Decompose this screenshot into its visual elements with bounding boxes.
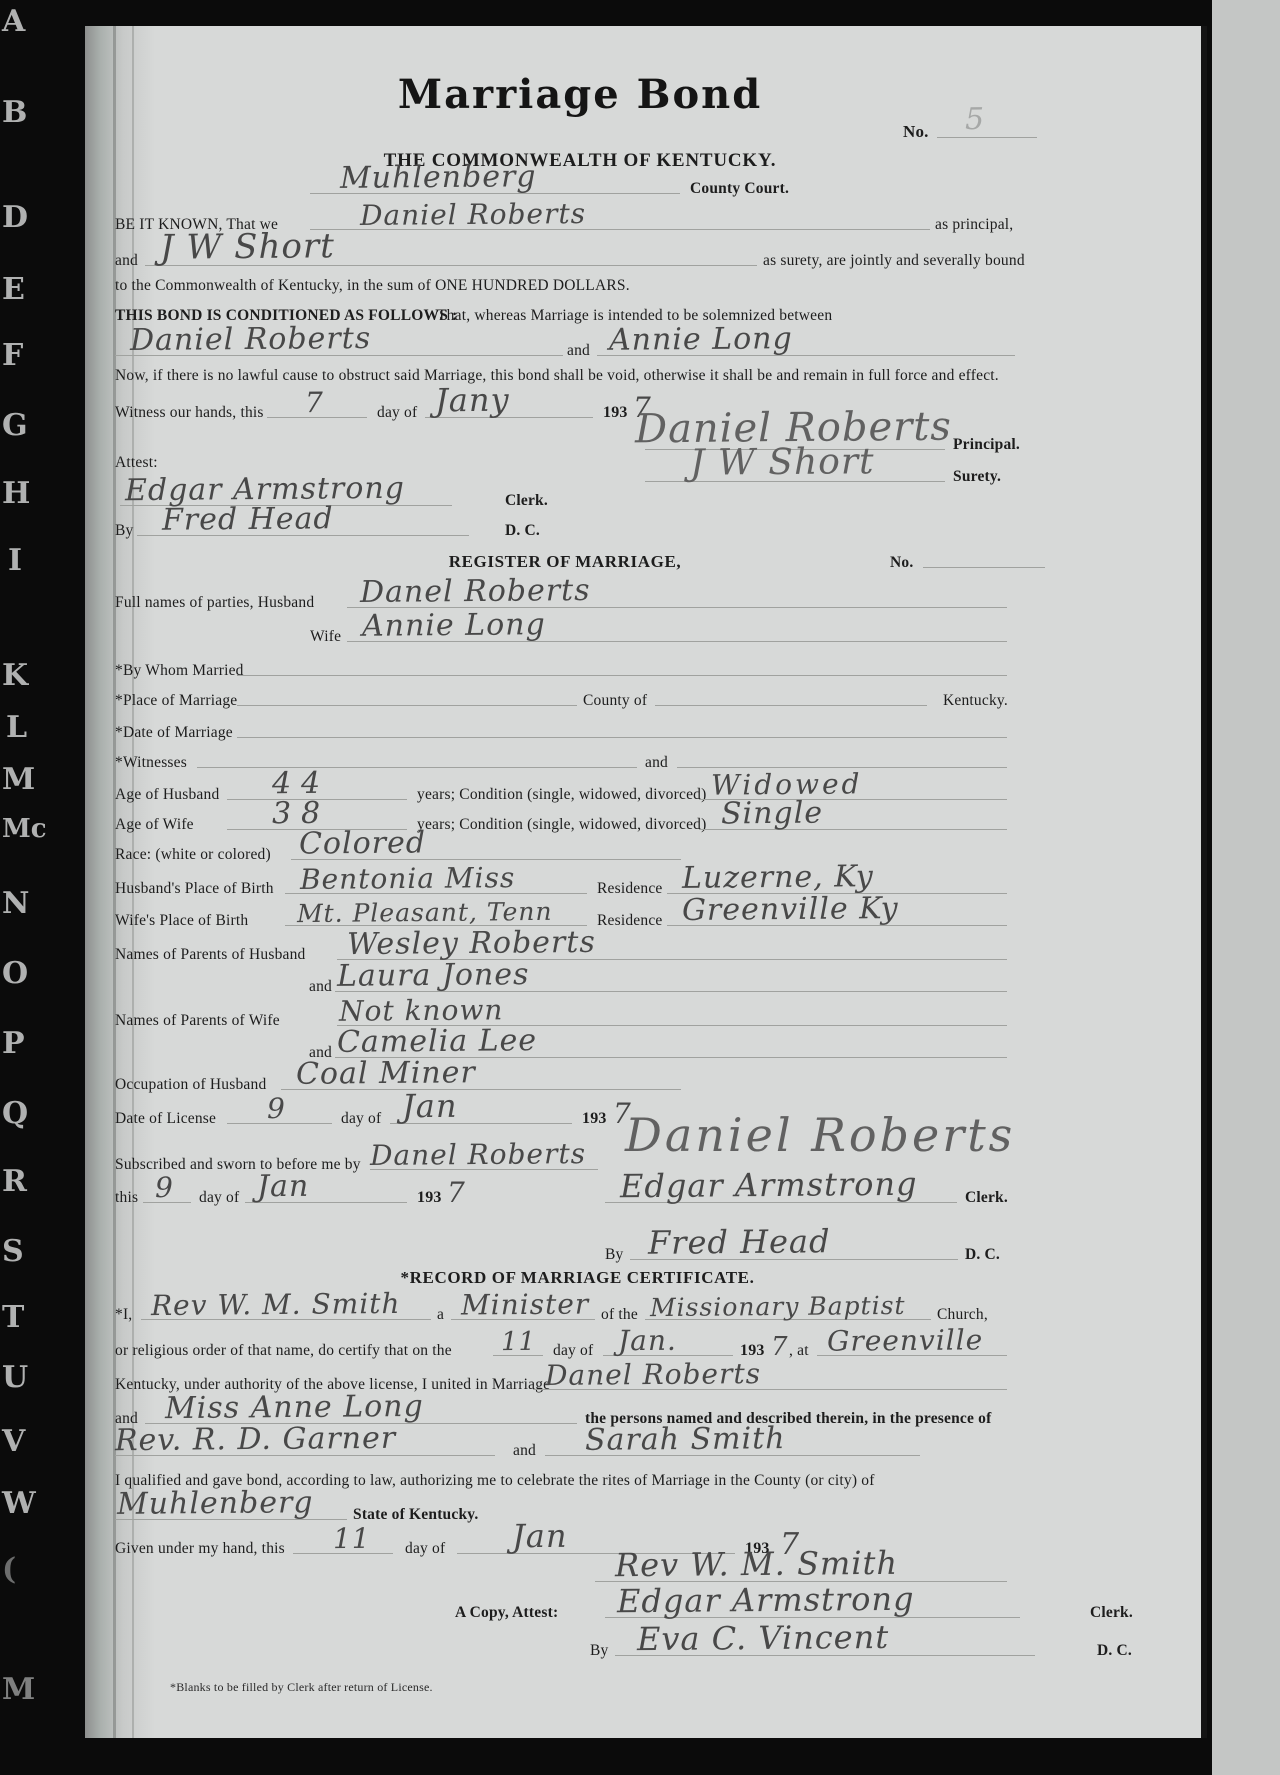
index-tab-letter: V (2, 1424, 25, 1459)
license-label: Date of License (115, 1110, 216, 1128)
license-day-handwriting: 9 (267, 1092, 286, 1125)
index-tab-letter: F (2, 338, 23, 373)
void-row: Now, if there is no lawful cause to obst… (85, 349, 1201, 389)
witness-month-line: Jany (425, 389, 593, 418)
index-tab-letter: G (2, 408, 28, 443)
deputy-signature: Fred Head (162, 501, 334, 537)
certificate-heading-row: *RECORD OF MARRIAGE CERTIFICATE. (85, 1252, 1201, 1292)
sworn-day-handwriting: 9 (155, 1171, 174, 1204)
wife-birth-handwriting: Mt. Pleasant, Tenn (297, 897, 553, 928)
witnesses-line2 (677, 739, 1007, 768)
void-line: Now, if there is no lawful cause to obst… (115, 367, 999, 385)
cert-i-label: *I, (115, 1306, 132, 1324)
husband-father-handwriting: Wesley Roberts (347, 925, 596, 962)
principal-name-handwriting: Daniel Roberts (360, 197, 586, 232)
register-no-line (923, 547, 1045, 568)
register-clerk-line: Edgar Armstrong (605, 1174, 957, 1203)
cert-witness1-line: Rev. R. D. Garner (115, 1427, 495, 1456)
county-line: Muhlenberg (310, 165, 680, 194)
sworn-month-handwriting: Jan (257, 1169, 310, 1204)
index-tab-letter: ( (2, 1552, 16, 1587)
cert-a-label: a (437, 1306, 444, 1324)
register-clerk-signature: Edgar Armstrong (620, 1165, 918, 1206)
wife-father-handwriting: Not known (339, 993, 504, 1027)
church-name-handwriting: Missionary Baptist (650, 1291, 906, 1322)
wife-father-line: Not known (337, 997, 1007, 1026)
wife-residence-handwriting: Greenville Ky (682, 891, 899, 928)
minister-signature: Rev W. M. Smith (615, 1544, 898, 1584)
index-tab-letter: N (2, 886, 29, 921)
cert-of-the-label: of the (601, 1306, 638, 1324)
index-tab-letter: Q (2, 1096, 28, 1131)
index-tab-letter: H (2, 476, 30, 511)
license-month-line: Jan (390, 1095, 572, 1124)
race-line: Colored (291, 831, 681, 860)
husband-birth-line: Bentonia Miss (285, 865, 587, 894)
register-husband-handwriting: Danel Roberts (360, 573, 591, 610)
sworn-name-line: Danel Roberts (370, 1141, 598, 1170)
wife-birth-line: Mt. Pleasant, Tenn (285, 897, 587, 926)
witness-day-line: 7 (267, 389, 367, 418)
license-month-handwriting: Jan (402, 1087, 458, 1125)
race-handwriting: Colored (299, 825, 426, 861)
index-tab-letter: Mc (2, 814, 47, 844)
bond-no-line: 5 (937, 109, 1037, 138)
county-court-label: County Court. (690, 180, 789, 198)
sworn-year-digit-handwriting: 7 (447, 1176, 466, 1209)
certificate-heading: *RECORD OF MARRIAGE CERTIFICATE. (85, 1268, 1070, 1288)
cert-day-handwriting: 11 (501, 1327, 536, 1357)
register-wife-line: Annie Long (347, 613, 1007, 642)
by-whom-line (237, 647, 1007, 676)
scan-right-margin (1212, 0, 1280, 1775)
husband-father-line: Wesley Roberts (337, 931, 1007, 960)
wife-condition-line: Single (699, 801, 1007, 830)
cert-county-handwriting: Muhlenberg (117, 1485, 314, 1522)
united-bride-line: Miss Anne Long (145, 1395, 577, 1424)
index-tab-letter: K (2, 658, 28, 693)
cert-deputy-signature: Eva C. Vincent (637, 1618, 889, 1658)
index-tab-letter: O (2, 956, 28, 991)
cert-witness1-handwriting: Rev. R. D. Garner (115, 1421, 396, 1458)
witnesses-line1 (197, 739, 637, 768)
marriage-bond-page: Marriage Bond No. 5 THE COMMONWEALTH OF … (85, 26, 1207, 1738)
cert-deputy-line: Eva C. Vincent (615, 1627, 1035, 1656)
index-tab-letter: R (2, 1164, 27, 1199)
sworn-day-of: day of (199, 1189, 239, 1207)
cert-witness2-line: Sarah Smith (545, 1427, 920, 1456)
license-day-of: day of (341, 1110, 381, 1128)
cert-dc-label: D. C. (1097, 1642, 1132, 1660)
index-tab-letter: L (6, 710, 27, 745)
footnote-text: *Blanks to be filled by Clerk after retu… (170, 1680, 433, 1695)
minister-title-handwriting: Minister (461, 1287, 589, 1321)
index-tab-letter: T (2, 1300, 24, 1335)
cert-witness2-handwriting: Sarah Smith (585, 1421, 786, 1458)
index-tab-letter: U (2, 1360, 28, 1395)
occupation-line: Coal Miner (281, 1061, 681, 1090)
place-line (237, 677, 577, 706)
index-tab-letter: M (2, 1672, 35, 1707)
wife-mother-line: Camelia Lee (335, 1029, 1007, 1058)
index-tab-letter: W (2, 1486, 36, 1521)
index-tab-letter: M (2, 762, 35, 797)
sworn-year-printed: 193 (417, 1189, 442, 1207)
minister-title-line: Minister (451, 1291, 595, 1320)
register-wife-handwriting: Annie Long (362, 607, 546, 644)
witness-month-handwriting: Jany (435, 381, 510, 420)
cert-clerk-signature: Edgar Armstrong (617, 1580, 915, 1621)
husband-birth-handwriting: Bentonia Miss (300, 861, 516, 896)
cert-place-handwriting: Greenville (827, 1323, 983, 1357)
cert-day-line: 11 (493, 1327, 543, 1356)
church-label: Church, (937, 1306, 988, 1324)
witness-day-handwriting: 7 (305, 386, 324, 419)
cert-deputy-row: By Eva C. Vincent D. C. (85, 1624, 1201, 1664)
sworn-this-label: this (115, 1189, 138, 1207)
minister-signature-line: Rev W. M. Smith (595, 1553, 1007, 1582)
cert-clerk-line: Edgar Armstrong (605, 1589, 1020, 1618)
united-groom-line: Danel Roberts (533, 1361, 1007, 1390)
index-tab-letter: E (2, 272, 25, 307)
wife-mother-handwriting: Camelia Lee (337, 1023, 537, 1060)
index-tab-letter: I (8, 543, 22, 578)
cert-place-line: Greenville (817, 1327, 1007, 1356)
cert-clerk-label: Clerk. (1090, 1604, 1133, 1622)
husband-residence-handwriting: Luzerne, Ky (682, 859, 874, 896)
husband-mother-handwriting: Laura Jones (337, 957, 530, 994)
index-tab-strip: ABDEFGHIKLMMcNOPQRSTUVW(M (0, 0, 85, 1775)
index-tab-letter: P (2, 1026, 25, 1061)
minister-row: *I, Rev W. M. Smith a Minister of the Mi… (85, 1288, 1201, 1328)
copy-attest-label: A Copy, Attest: (455, 1604, 558, 1622)
cert-month-handwriting: Jan. (618, 1324, 677, 1358)
register-heading-row: REGISTER OF MARRIAGE, No. (85, 536, 1201, 576)
license-day-line: 9 (227, 1095, 332, 1124)
date-of-marriage-line (237, 709, 1007, 738)
index-tab-letter: D (2, 200, 28, 235)
minister-name-handwriting: Rev W. M. Smith (151, 1287, 401, 1322)
index-tab-letter: A (2, 4, 25, 39)
as-principal-label: as principal, (935, 216, 1013, 234)
cert-county-line: Muhlenberg (115, 1491, 347, 1520)
deputy-signature-line: Fred Head (137, 507, 469, 536)
license-year-printed: 193 (582, 1110, 607, 1128)
minister-name-line: Rev W. M. Smith (141, 1291, 431, 1320)
county-of-line (655, 677, 927, 706)
county-handwriting: Muhlenberg (340, 159, 537, 196)
sworn-name-handwriting: Danel Roberts (370, 1137, 586, 1172)
sworn-day-line: 9 (143, 1174, 191, 1203)
index-tab-letter: S (2, 1234, 24, 1269)
wife-residence-line: Greenville Ky (667, 897, 1007, 926)
sworn-month-line: Jan (245, 1174, 407, 1203)
sworn-date-row: this 9 day of Jan 193 7 Edgar Armstrong … (85, 1171, 1201, 1211)
united-groom-handwriting: Danel Roberts (545, 1357, 761, 1392)
cert-by-label: By (590, 1642, 609, 1660)
husband-mother-line: Laura Jones (335, 963, 1007, 992)
husband-residence-line: Luzerne, Ky (667, 865, 1007, 894)
county-court-row: Muhlenberg County Court. (85, 162, 1201, 202)
bond-number-stamp: 5 (965, 102, 985, 137)
footnote-row: *Blanks to be filled by Clerk after retu… (85, 1659, 1201, 1699)
index-tab-letter: B (2, 95, 27, 130)
register-no-label: No. (890, 554, 913, 572)
church-name-line: Missionary Baptist (645, 1291, 931, 1320)
register-clerk-label: Clerk. (965, 1189, 1008, 1207)
register-husband-line: Danel Roberts (347, 579, 1007, 608)
cert-month-line: Jan. (603, 1327, 733, 1356)
wife-condition-handwriting: Single (721, 796, 823, 832)
principal-line: Daniel Roberts (310, 201, 930, 230)
